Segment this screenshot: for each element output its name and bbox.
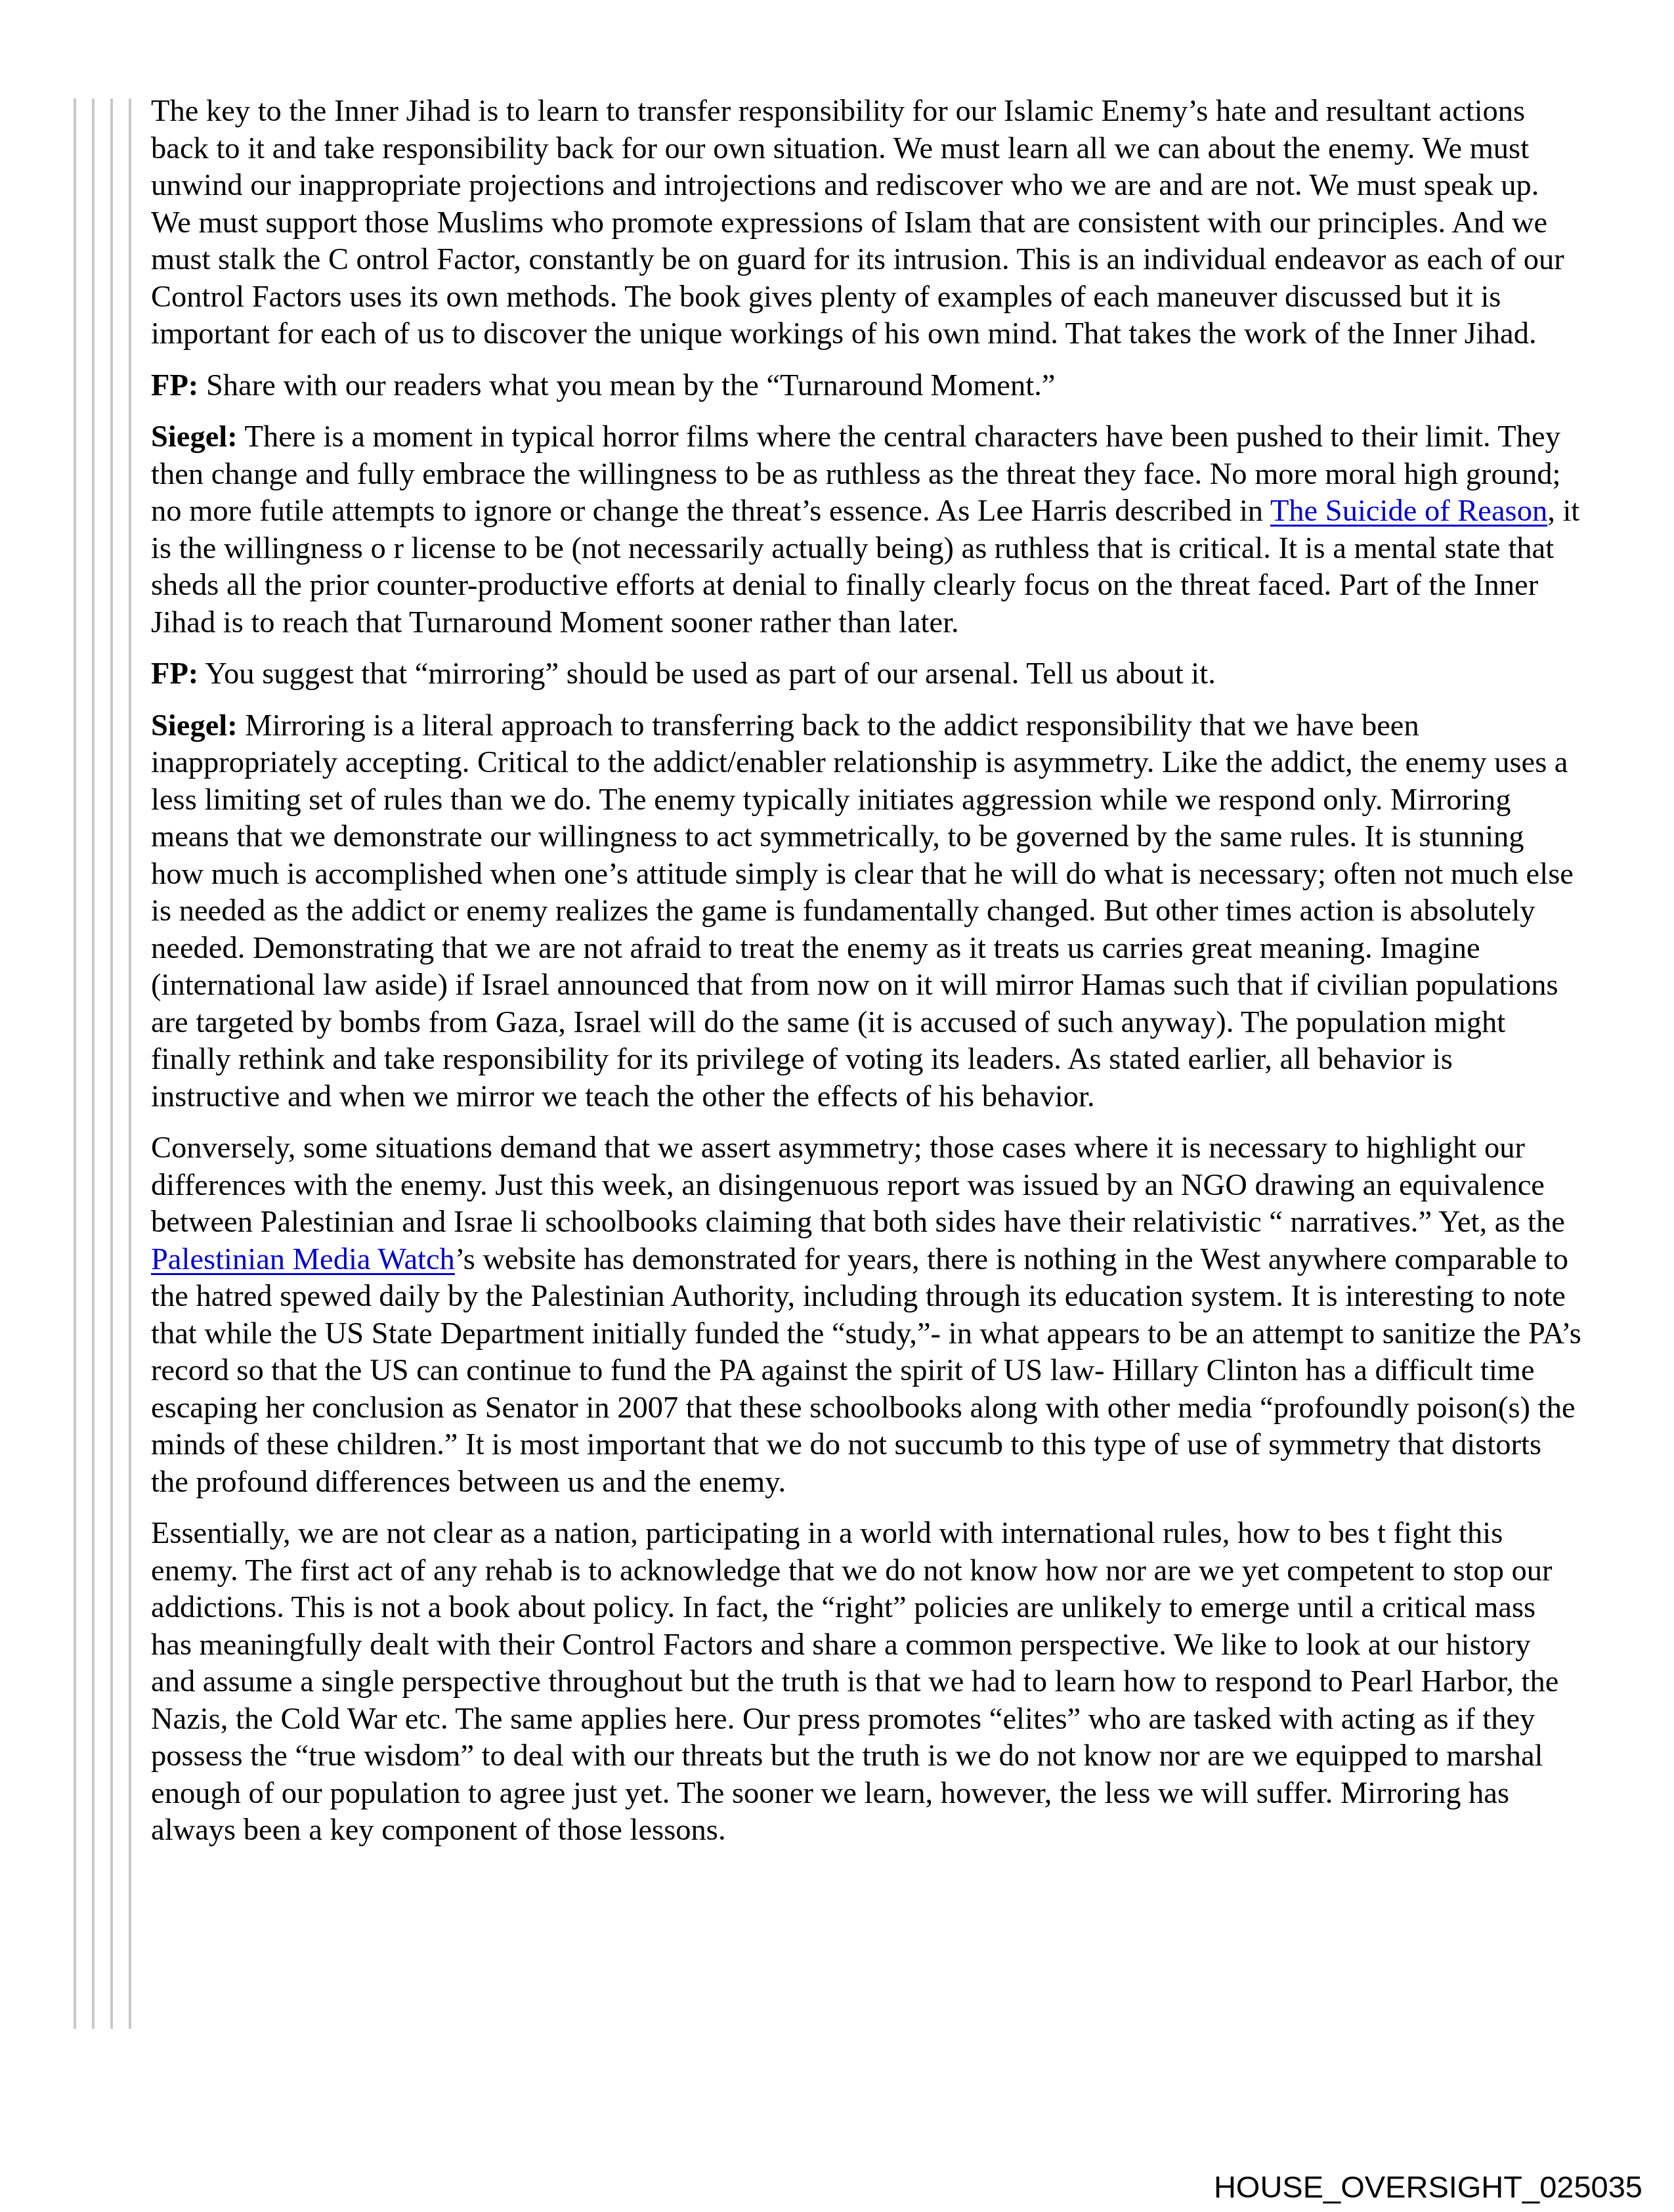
speaker-label: FP: [151, 369, 198, 402]
paragraph-text-after-link: ’s website has demonstrated for years, t… [151, 1243, 1581, 1499]
answer-turnaround-moment: Siegel: There is a moment in typical hor… [151, 419, 1582, 641]
quote-bar-4 [129, 98, 131, 2029]
suicide-of-reason-link[interactable]: The Suicide of Reason [1270, 494, 1547, 528]
paragraph-text-before-link: Conversely, some situations demand that … [151, 1131, 1565, 1239]
quote-bar-1 [74, 98, 76, 2029]
speaker-label: Siegel: [151, 709, 238, 743]
answer-text: Mirroring is a literal approach to trans… [151, 709, 1574, 1114]
speaker-label: Siegel: [151, 420, 238, 454]
paragraph-text: The key to the Inner Jihad is to learn t… [151, 95, 1564, 351]
paragraph-text: Essentially, we are not clear as a natio… [151, 1517, 1558, 1847]
paragraph-inner-jihad: The key to the Inner Jihad is to learn t… [151, 93, 1582, 353]
document-body: The key to the Inner Jihad is to learn t… [151, 93, 1582, 1864]
paragraph-essentially: Essentially, we are not clear as a natio… [151, 1515, 1582, 1850]
question-text: Share with our readers what you mean by … [198, 369, 1055, 402]
palestinian-media-watch-link[interactable]: Palestinian Media Watch [151, 1243, 455, 1276]
question-turnaround-moment: FP: Share with our readers what you mean… [151, 368, 1582, 405]
quote-bar-3 [110, 98, 113, 2029]
question-mirroring: FP: You suggest that “mirroring” should … [151, 656, 1582, 693]
question-text: You suggest that “mirroring” should be u… [198, 657, 1216, 691]
quote-bar-2 [92, 98, 95, 2029]
speaker-label: FP: [151, 657, 198, 691]
paragraph-asymmetry: Conversely, some situations demand that … [151, 1130, 1582, 1501]
bates-number: HOUSE_OVERSIGHT_025035 [1214, 2169, 1642, 2205]
answer-mirroring: Siegel: Mirroring is a literal approach … [151, 708, 1582, 1116]
